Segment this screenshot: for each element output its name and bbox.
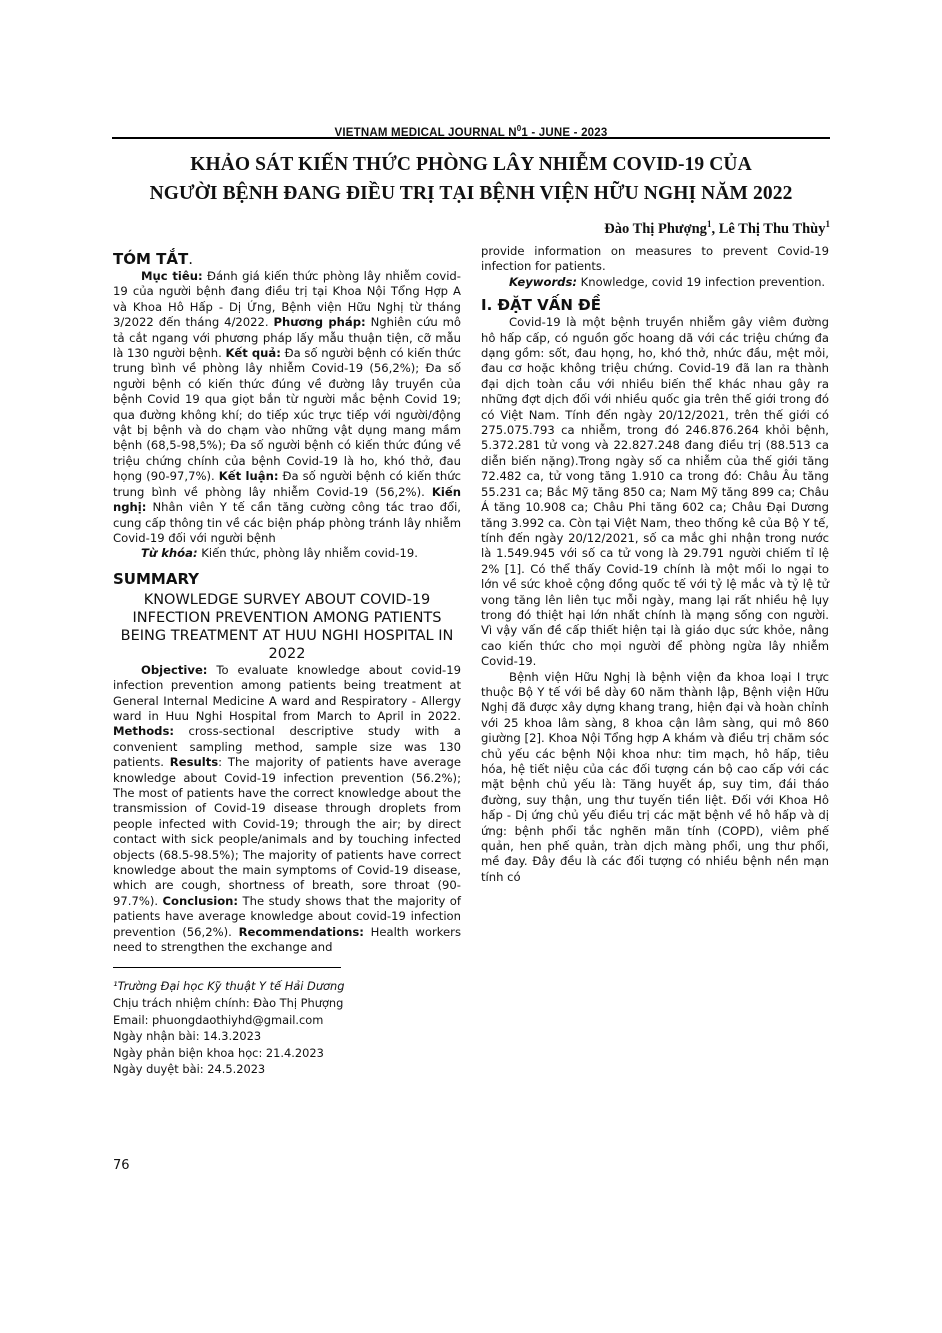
abstract-en-body: Objective: To evaluate knowledge about c… <box>113 663 461 956</box>
author-2: Lê Thị Thu Thùy <box>719 221 826 237</box>
title-line-1: KHẢO SÁT KIẾN THỨC PHÒNG LÂY NHIỄM COVID… <box>112 150 830 179</box>
journal-page: VIETNAM MEDICAL JOURNAL N01 - JUNE - 202… <box>0 0 942 1333</box>
summary-title: KNOWLEDGE SURVEY ABOUT COVID-19 INFECTIO… <box>113 591 461 663</box>
footnote: ¹Trường Đại học Kỹ thuật Y tế Hải Dương … <box>113 978 461 1078</box>
section-1-heading: I. ĐẶT VẤN ĐỀ <box>481 296 829 315</box>
section-1-para-1: Covid-19 là một bệnh truyền nhiễm gây vi… <box>481 315 829 669</box>
date-received: Ngày nhận bài: 14.3.2023 <box>113 1028 461 1045</box>
date-reviewed: Ngày phản biện khoa học: 21.4.2023 <box>113 1045 461 1062</box>
abstract-en-keywords: Keywords: Knowledge, covid 19 infection … <box>481 275 829 290</box>
abstract-vi-heading: TÓM TẮT. <box>113 250 461 269</box>
abstract-en-continued: provide information on measures to preve… <box>481 244 829 275</box>
author-list: Đào Thị Phượng1, Lê Thị Thu Thùy1 <box>604 219 830 238</box>
author-separator: , <box>711 221 718 237</box>
title-line-2: NGƯỜI BỆNH ĐANG ĐIỀU TRỊ TẠI BỆNH VIỆN H… <box>112 179 830 208</box>
header-rule <box>112 137 830 139</box>
email: Email: phuongdaothiyhd@gmail.com <box>113 1012 461 1029</box>
author-1: Đào Thị Phượng <box>604 221 707 237</box>
left-column: TÓM TẮT. Mục tiêu: Đánh giá kiến thức ph… <box>113 244 461 1078</box>
summary-heading: SUMMARY <box>113 570 461 589</box>
right-column: provide information on measures to preve… <box>481 244 829 885</box>
author-2-affiliation: 1 <box>826 219 831 229</box>
article-title: KHẢO SÁT KIẾN THỨC PHÒNG LÂY NHIỄM COVID… <box>112 150 830 208</box>
affiliation: ¹Trường Đại học Kỹ thuật Y tế Hải Dương <box>113 978 461 995</box>
date-accepted: Ngày duyệt bài: 24.5.2023 <box>113 1061 461 1078</box>
footnote-rule <box>113 967 341 968</box>
abstract-vi-keywords: Từ khóa: Kiến thức, phòng lây nhiễm covi… <box>113 546 461 561</box>
abstract-vi-body: Mục tiêu: Đánh giá kiến thức phòng lây n… <box>113 269 461 546</box>
section-1-para-2: Bệnh viện Hữu Nghị là bệnh viện đa khoa … <box>481 670 829 886</box>
page-number: 76 <box>113 1158 130 1173</box>
corresponding-author: Chịu trách nhiệm chính: Đào Thị Phượng <box>113 995 461 1012</box>
